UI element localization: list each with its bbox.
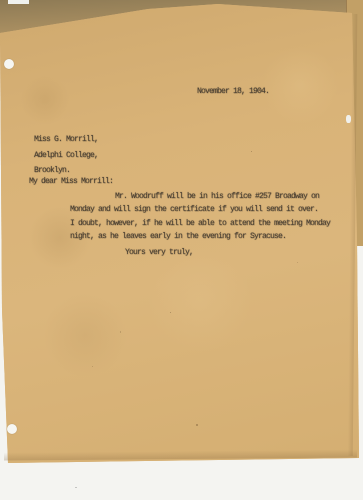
background-speck [75,487,77,488]
paper-speck [196,424,198,426]
letter-body-line: Mr. Woodruff will be in his office #257 … [115,193,319,201]
recipient-city: Brooklyn. [34,167,70,175]
scanned-letter-page: November 18, 1904. Miss G. Morrill, Adel… [0,0,363,500]
paper-speck [92,366,93,367]
recipient-name: Miss G. Morrill, [34,136,98,144]
paper-right-notch [346,115,351,123]
punch-hole-top [4,59,14,69]
letter-salutation: My dear Miss Morrill: [29,178,113,186]
paper-speck [251,151,252,152]
punch-hole-bottom [7,424,17,434]
letter-body-line: night, as he leaves early in the evening… [70,233,286,241]
letter-body-line: I doubt, however, if he will be able to … [70,220,330,228]
letter-closing: Yours very truly, [125,249,193,257]
paper-bottom-edge-shadow [4,449,357,460]
letter-body-line: Monday and will sign the certificate if … [70,206,318,214]
paper-top-notch [8,0,29,4]
paper-speck [120,331,121,333]
paper-speck [297,262,298,263]
paper-speck [170,312,171,313]
letter-date: November 18, 1904. [197,88,269,96]
recipient-institution: Adelphi College, [34,152,98,160]
